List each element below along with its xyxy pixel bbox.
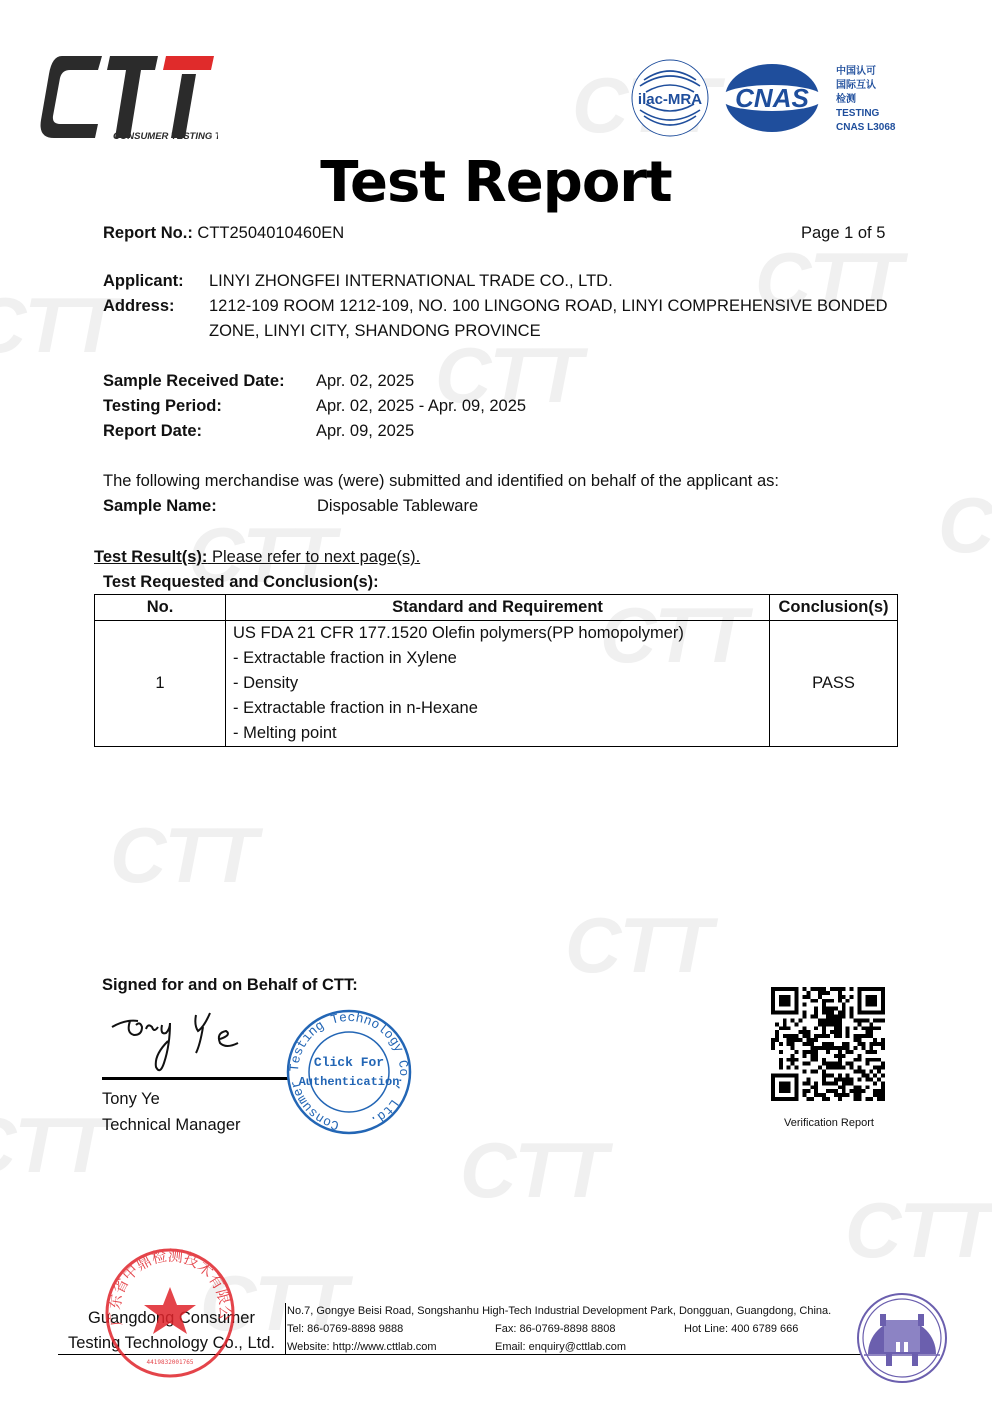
svg-text:Authentication: Authentication [299, 1075, 400, 1089]
ctt-logo: CONSUMER TESTING TECH [40, 52, 218, 144]
standard-line: - Extractable fraction in n-Hexane [233, 696, 769, 721]
bronze-ding-emblem [856, 1292, 948, 1384]
watermark: CTT [565, 900, 711, 991]
test-result: Test Result(s): Please refer to next pag… [94, 548, 420, 567]
report-date-label: Report Date: [103, 422, 202, 441]
watermark: CTT [938, 480, 992, 571]
svg-text:TESTING: TESTING [836, 108, 880, 119]
footer-divider [285, 1303, 286, 1355]
authentication-stamp[interactable]: Consumer Testing Technology Co., Ltd. Cl… [285, 1008, 413, 1138]
footer-fax: Fax: 86-0769-8898 8808 [495, 1323, 615, 1335]
row-conclusion: PASS [770, 621, 898, 747]
footer-address: No.7, Gongye Beisi Road, Songshanhu High… [287, 1305, 831, 1317]
testing-period-value: Apr. 02, 2025 - Apr. 09, 2025 [316, 397, 526, 416]
accreditation-logos: ilac-MRA CNAS 中国认可 国际互认 检测 TESTING CNAS … [626, 58, 911, 138]
sample-name-label: Sample Name: [103, 497, 217, 516]
column-header-no: No. [95, 595, 226, 621]
standard-line: US FDA 21 CFR 177.1520 Olefin polymers(P… [233, 621, 769, 646]
row-standard: US FDA 21 CFR 177.1520 Olefin polymers(P… [226, 621, 770, 747]
ilac-mra-logo: ilac-MRA CNAS 中国认可 国际互认 检测 TESTING CNAS … [626, 58, 911, 138]
report-date-value: Apr. 09, 2025 [316, 422, 414, 441]
testing-period-label: Testing Period: [103, 397, 222, 416]
footer-hotline: Hot Line: 400 6789 666 [684, 1323, 798, 1335]
svg-text:CNAS L3068: CNAS L3068 [836, 122, 896, 133]
sample-name-value: Disposable Tableware [317, 497, 478, 516]
standard-line: - Density [233, 671, 769, 696]
watermark: CTT [110, 810, 256, 901]
qr-label: Verification Report [760, 1117, 898, 1129]
page-indicator: Page 1 of 5 [801, 224, 885, 243]
footer-tel: Tel: 86-0769-8898 9888 [287, 1323, 403, 1335]
page-title: Test Report [0, 150, 992, 215]
svg-text:国际互认: 国际互认 [836, 78, 876, 91]
column-header-conclusion: Conclusion(s) [770, 595, 898, 621]
sample-received-label: Sample Received Date: [103, 372, 285, 391]
address-line-1: 1212-109 ROOM 1212-109, NO. 100 LINGONG … [209, 297, 888, 316]
svg-text:Click For: Click For [314, 1055, 384, 1070]
svg-text:CNAS: CNAS [735, 83, 809, 113]
watermark: CTT [0, 1100, 106, 1191]
address-line-2: ZONE, LINYI CITY, SHANDONG PROVINCE [209, 322, 541, 341]
signed-on-behalf-label: Signed for and on Behalf of CTT: [102, 976, 358, 995]
address-label: Address: [103, 297, 175, 316]
svg-text:检测: 检测 [836, 92, 856, 105]
svg-text:4419832001765: 4419832001765 [147, 1359, 194, 1366]
handwritten-signature [108, 1005, 253, 1077]
signature-line [102, 1077, 292, 1080]
column-header-standard: Standard and Requirement [226, 595, 770, 621]
standard-line: - Extractable fraction in Xylene [233, 646, 769, 671]
verification-qr-code[interactable] [771, 987, 885, 1101]
applicant-label: Applicant: [103, 272, 184, 291]
test-requested-heading: Test Requested and Conclusion(s): [103, 573, 379, 592]
svg-text:中国认可: 中国认可 [836, 64, 876, 77]
report-number-value: CTT2504010460EN [197, 224, 344, 242]
applicant-value: LINYI ZHONGFEI INTERNATIONAL TRADE CO., … [209, 272, 613, 291]
test-result-value: Please refer to next page(s). [212, 548, 420, 566]
watermark: CTT [460, 1125, 606, 1216]
svg-text:ilac-MRA: ilac-MRA [638, 91, 702, 108]
standard-line: - Melting point [233, 721, 769, 746]
signatory-title: Technical Manager [102, 1116, 241, 1135]
report-number: Report No.: CTT2504010460EN [103, 224, 344, 243]
signatory-name: Tony Ye [102, 1090, 160, 1109]
test-result-label: Test Result(s): [94, 548, 207, 566]
svg-text:CONSUMER TESTING TECH: CONSUMER TESTING TECH [113, 131, 218, 142]
footer-website[interactable]: Website: http://www.cttlab.com [287, 1341, 437, 1353]
sample-received-value: Apr. 02, 2025 [316, 372, 414, 391]
watermark: CTT [845, 1185, 991, 1276]
row-number: 1 [95, 621, 226, 747]
watermark: CTT [0, 280, 116, 371]
report-number-label: Report No.: [103, 224, 193, 242]
merchandise-intro: The following merchandise was (were) sub… [103, 472, 779, 491]
table-row: 1 US FDA 21 CFR 177.1520 Olefin polymers… [95, 621, 898, 747]
footer-email[interactable]: Email: enquiry@cttlab.com [495, 1341, 626, 1353]
table-header-row: No. Standard and Requirement Conclusion(… [95, 595, 898, 621]
company-seal: 广东省中鼎检测技术有限公司 4419832001765 [104, 1247, 236, 1379]
results-table: No. Standard and Requirement Conclusion(… [94, 594, 898, 747]
